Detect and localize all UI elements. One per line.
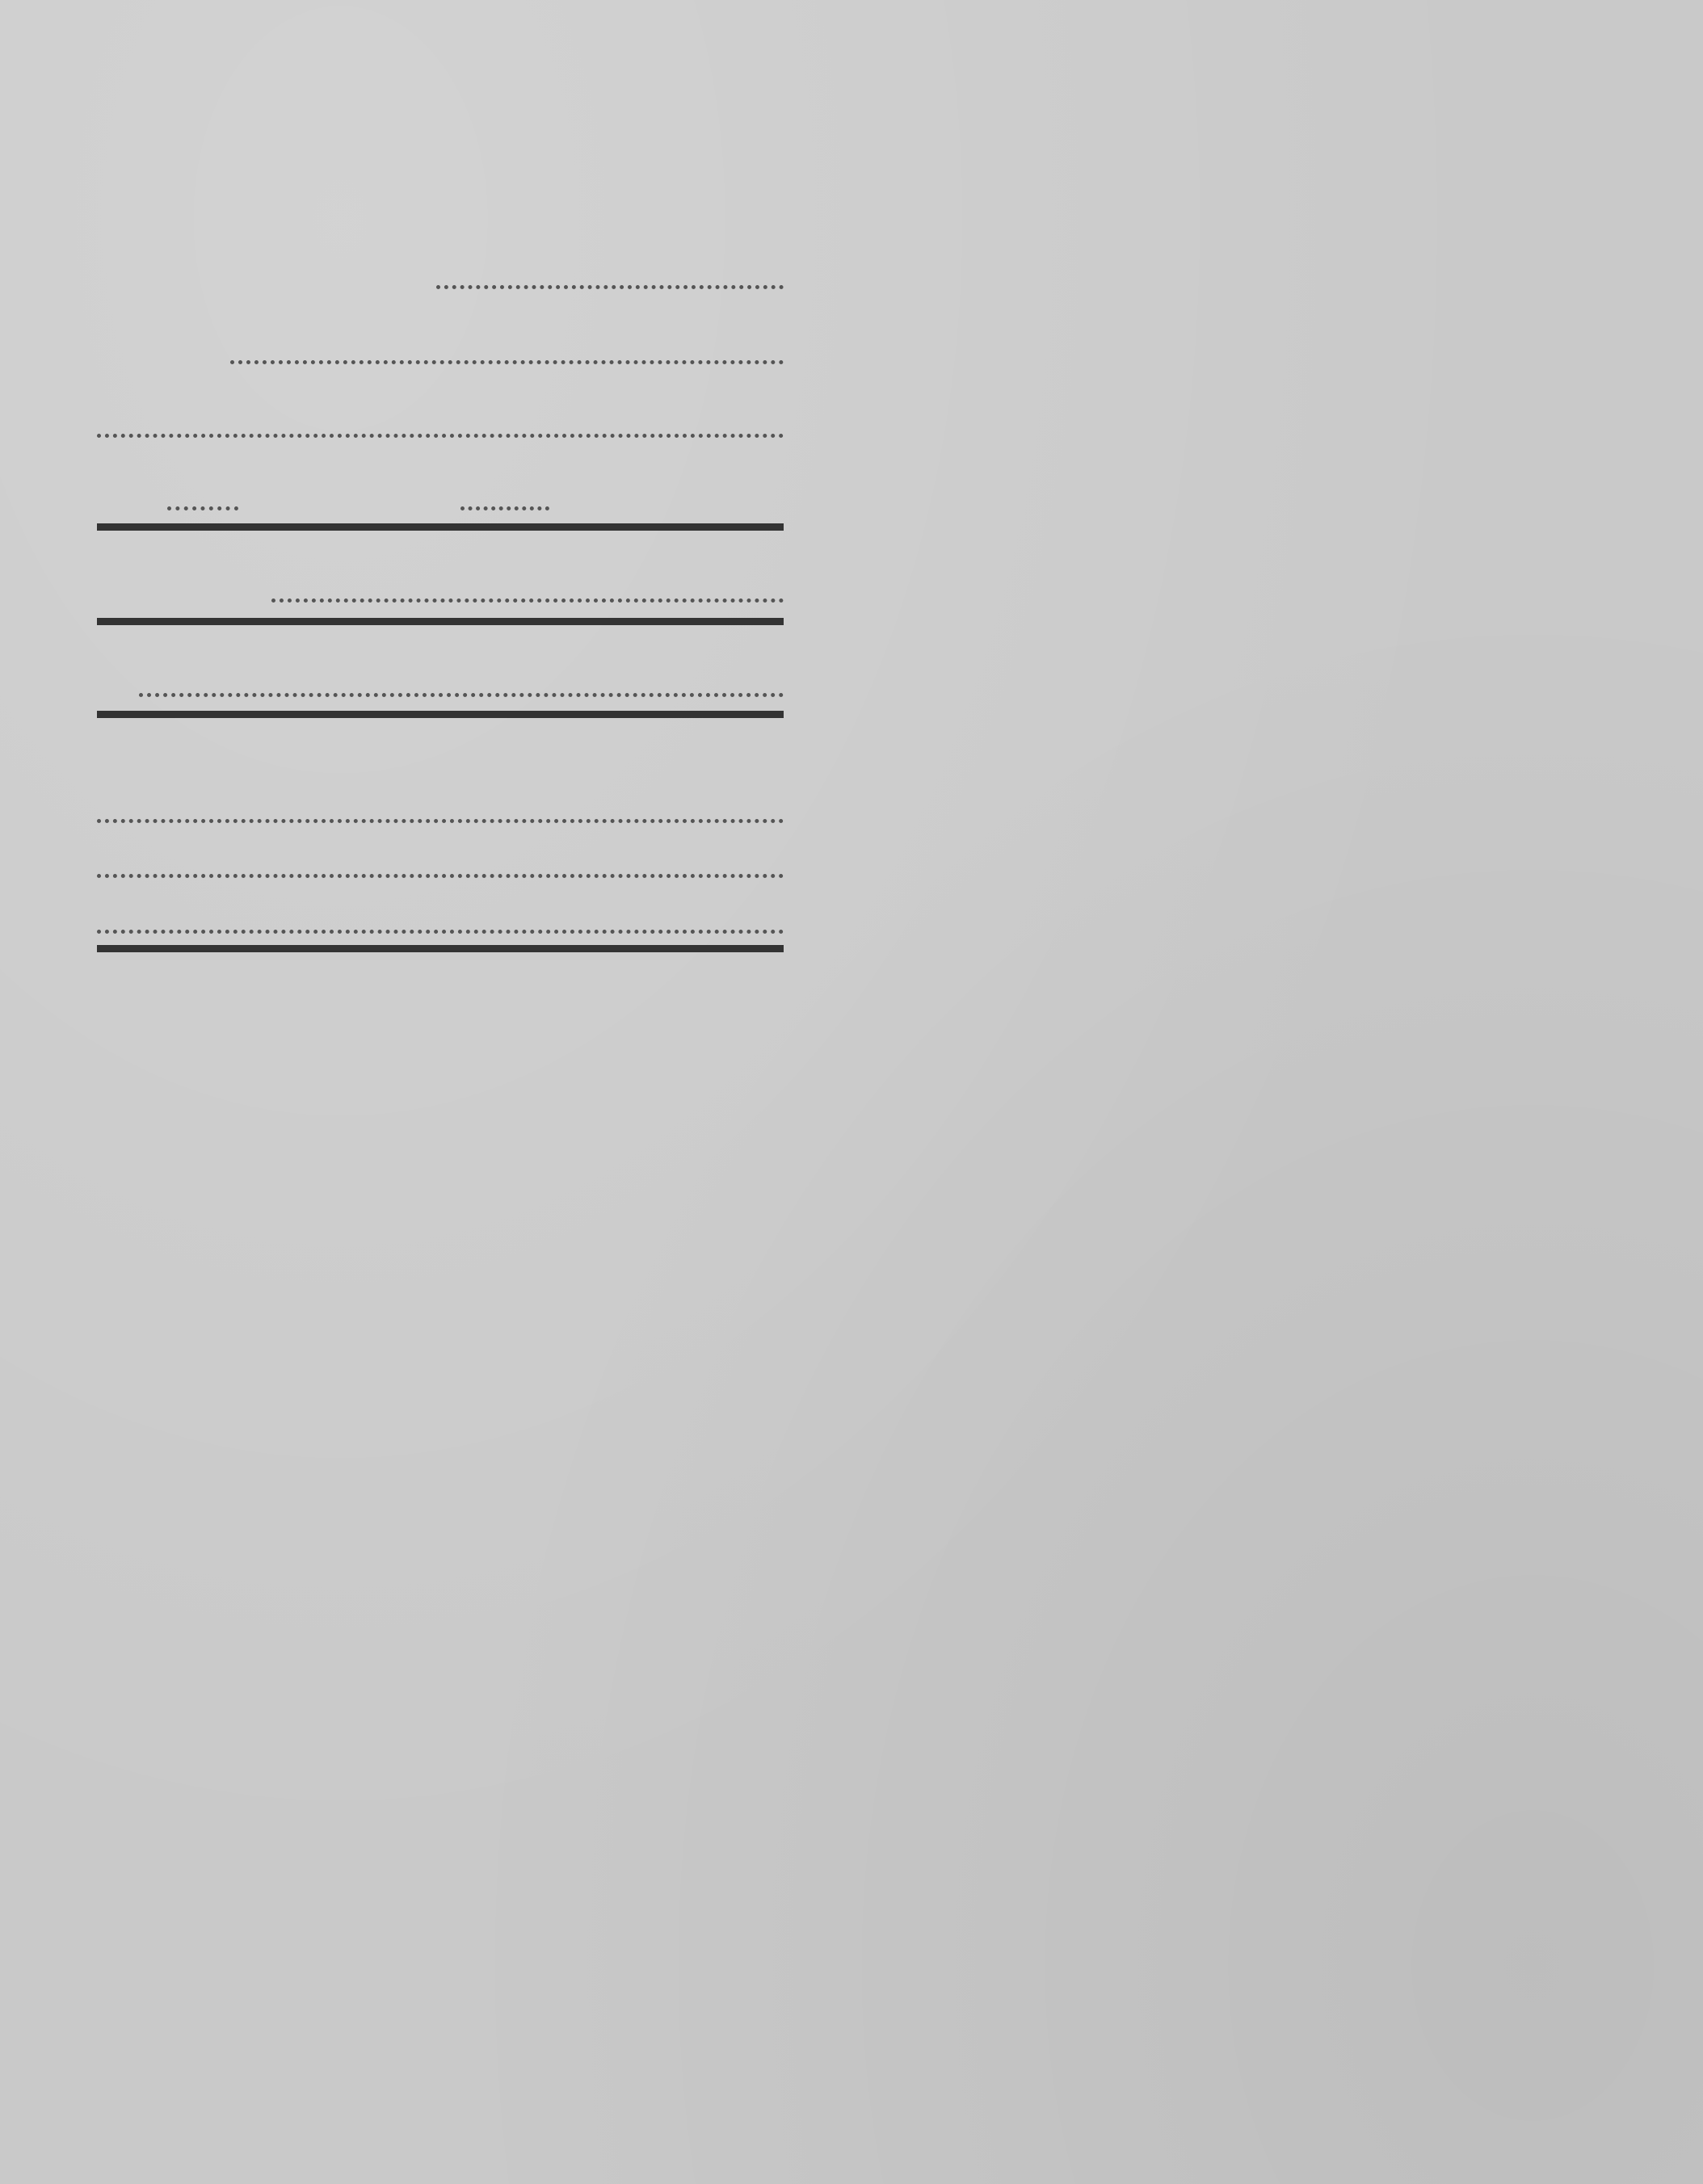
- uulits-line: [230, 360, 784, 364]
- divider: [97, 618, 784, 625]
- divider: [97, 711, 784, 718]
- rahvus-line: [271, 598, 784, 603]
- krt-line: [460, 506, 549, 510]
- sojavae-line: [97, 874, 784, 878]
- divider: [97, 945, 784, 952]
- usk-line: [139, 693, 784, 697]
- sojavae-line: [97, 819, 784, 823]
- address-extra-line: [97, 434, 784, 438]
- elukoht-line: [436, 285, 784, 289]
- divider: [97, 523, 784, 531]
- sojavae-line: [97, 930, 784, 934]
- maja-line: [167, 506, 238, 510]
